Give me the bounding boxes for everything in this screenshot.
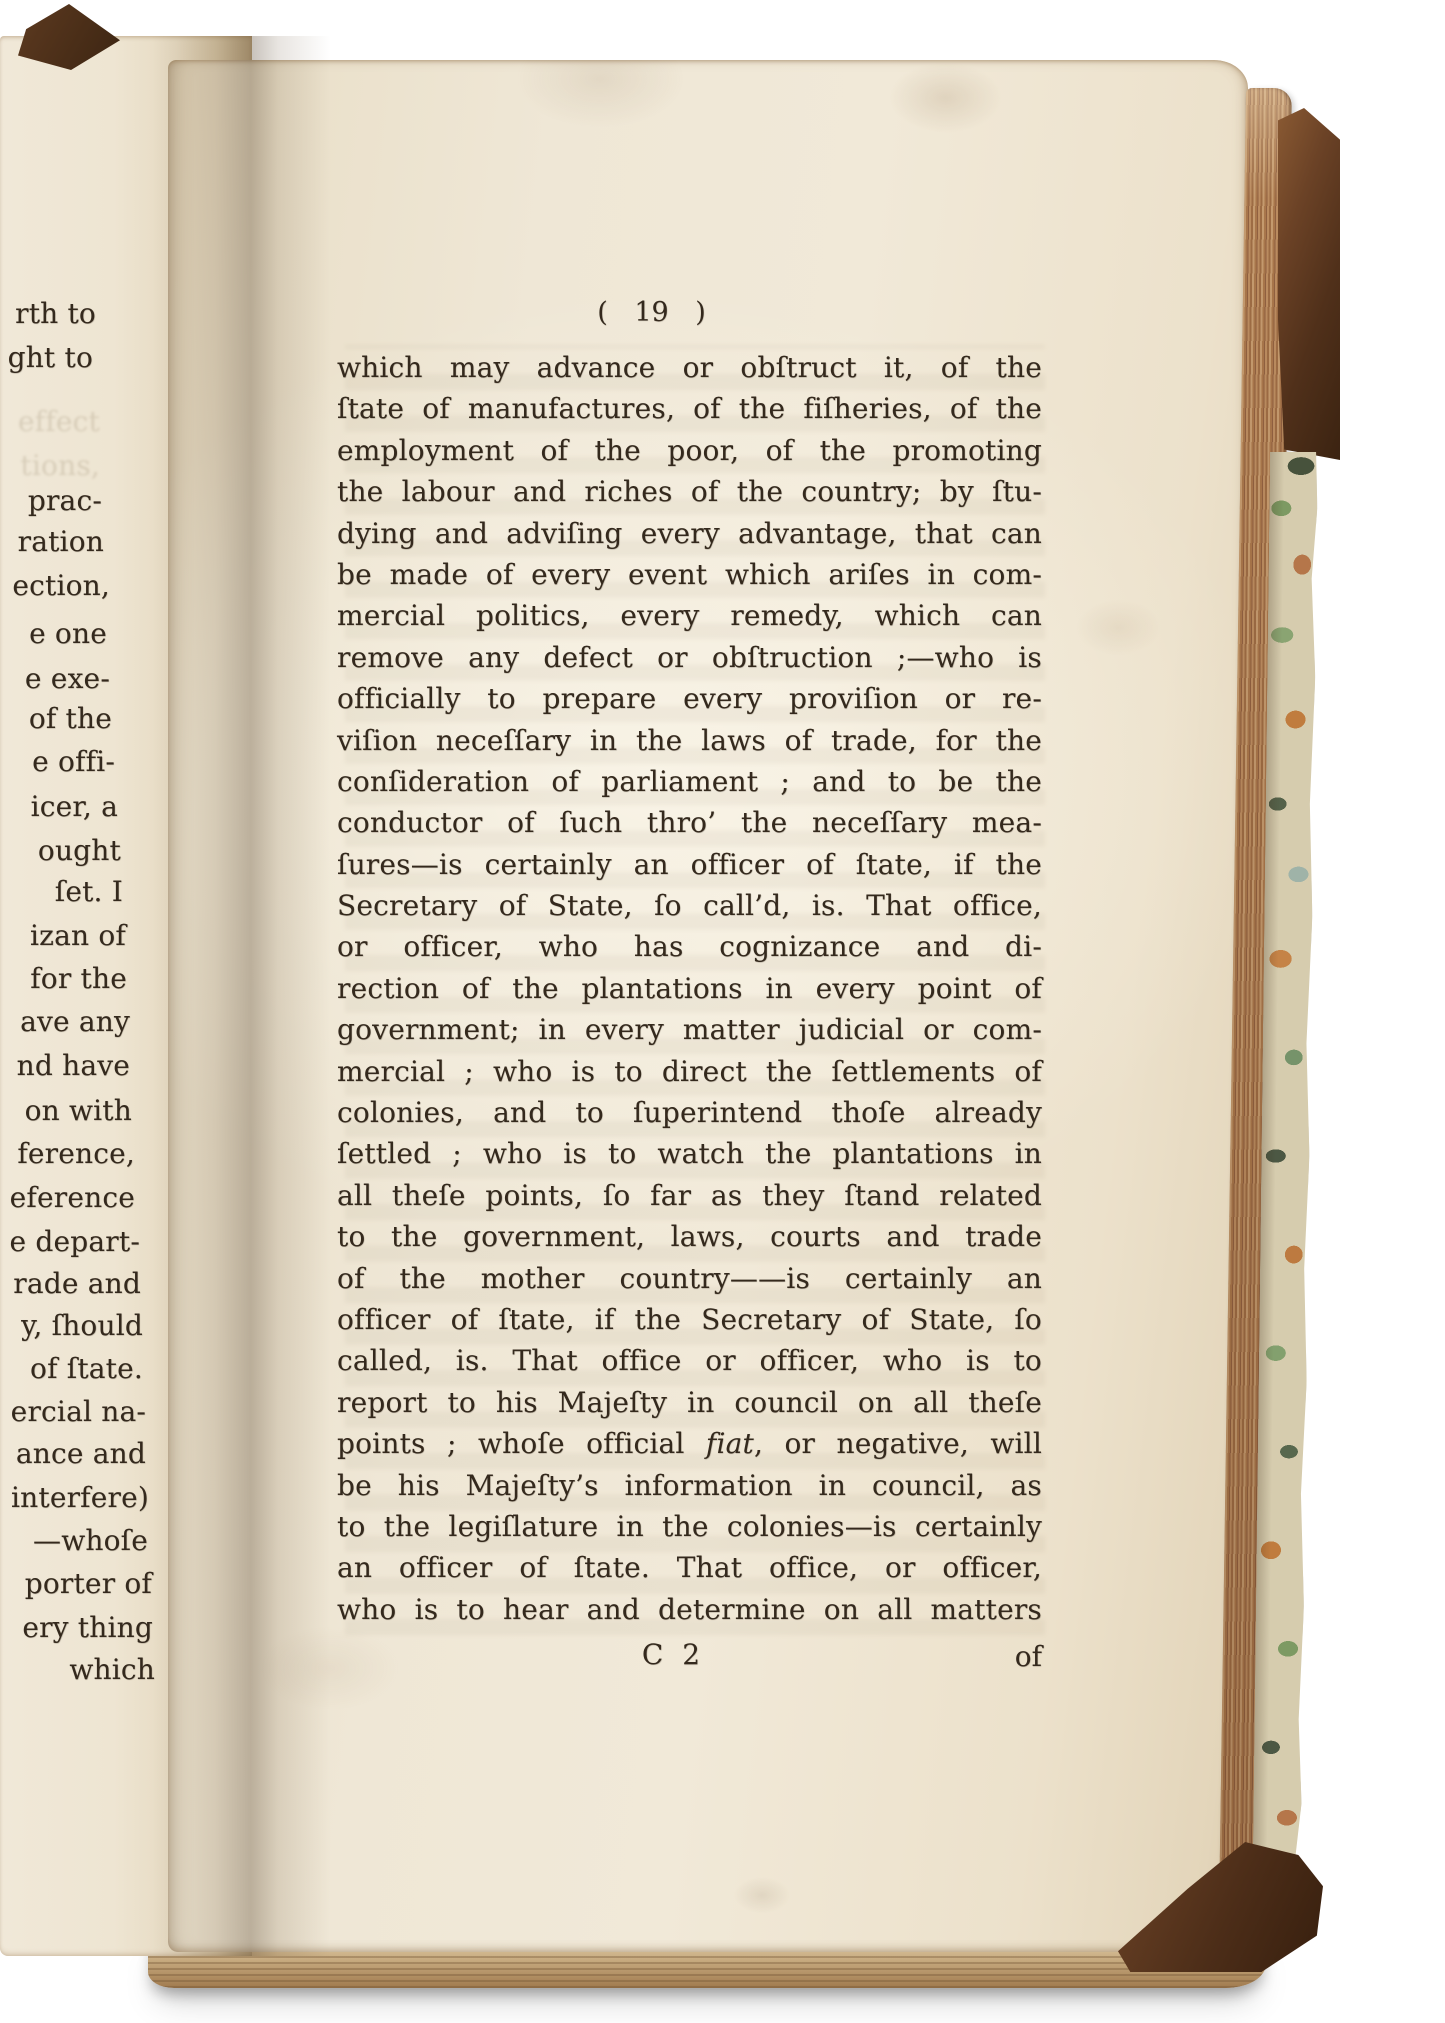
text-line: government; in every matter judicial or … [337, 1009, 1042, 1050]
text-line: of the mother country——is certainly an [337, 1258, 1042, 1299]
text-line: dying and adviſing every advantage, that… [337, 513, 1042, 554]
text-line: mercial ; who is to direct the ſettlemen… [337, 1051, 1042, 1092]
text-line: to the legiſlature in the colonies—is ce… [337, 1506, 1042, 1547]
text-segment: report to his Majeſty in council on all … [337, 1386, 1042, 1419]
text-line: or officer, who has cognizance and di- [337, 926, 1042, 967]
left-page-fragment: rth to [0, 296, 96, 332]
text-line: points ; whoſe official fiat, or negativ… [337, 1423, 1042, 1464]
top-right-leather-corner [1278, 108, 1340, 460]
left-page-fragment: interfere) [0, 1480, 149, 1516]
left-page-fragment: which [0, 1652, 155, 1688]
italic-word: fiat [706, 1427, 754, 1460]
text-segment: to the government, laws, courts and trad… [337, 1220, 1042, 1253]
text-segment: an officer of ſtate. That office, or off… [337, 1551, 1042, 1584]
left-page-ghost-fragment: tions, [0, 448, 100, 484]
left-page-fragment: e one [0, 616, 107, 652]
text-line: be his Majeſty’s information in council,… [337, 1465, 1042, 1506]
left-page-fragment: ght to [0, 340, 93, 376]
text-segment: mercial politics, every remedy, which ca… [337, 599, 1042, 632]
text-segment: called, is. That office or officer, who … [337, 1344, 1042, 1377]
text-segment: officer of ſtate, if the Secretary of St… [337, 1303, 1042, 1336]
text-segment: be his Majeſty’s information in council,… [337, 1469, 1042, 1502]
text-line: all theſe points, ſo far as they ſtand r… [337, 1175, 1042, 1216]
text-line: the labour and riches of the country; by… [337, 471, 1042, 512]
text-segment: officially to prepare every proviſion or… [337, 682, 1042, 715]
text-line: be made of every event which ariſes in c… [337, 554, 1042, 595]
left-page-fragment: ection, [0, 568, 110, 604]
text-segment: conductor of ſuch thro’ the neceſſary me… [337, 806, 1042, 839]
left-page-fragment: ration [0, 524, 104, 560]
left-page-fragment: icer, a [0, 789, 118, 825]
left-page-fragment: ave any [0, 1004, 130, 1040]
left-page-fragment: rade and [0, 1266, 141, 1302]
left-page-fragment: izan of [0, 918, 126, 954]
text-line: colonies, and to ſuperintend thoſe alrea… [337, 1092, 1042, 1133]
left-page-fragment: e depart- [0, 1224, 140, 1260]
left-page-fragment: ance and [0, 1436, 146, 1472]
text-segment: viſion neceſſary in the laws of trade, f… [337, 724, 1042, 757]
left-page-fragment: eference [0, 1180, 135, 1216]
left-page-fragment: ercial na- [0, 1394, 146, 1430]
text-line: an officer of ſtate. That office, or off… [337, 1547, 1042, 1588]
text-segment: employment of the poor, of the promoting [337, 434, 1042, 467]
left-page-fragment: of ſtate. [0, 1351, 143, 1387]
left-page-fragment: ought [0, 833, 121, 869]
left-page-fragment: nd have [0, 1048, 130, 1084]
text-segment: colonies, and to ſuperintend thoſe alrea… [337, 1096, 1042, 1129]
text-line: report to his Majeſty in council on all … [337, 1382, 1042, 1423]
page-number: ( 19 ) [299, 297, 1004, 328]
text-line: conductor of ſuch thro’ the neceſſary me… [337, 802, 1042, 843]
left-page-fragment: for the [0, 961, 127, 997]
left-page-fragment: on with [0, 1093, 132, 1129]
text-segment: remove any defect or obſtruction ;—who i… [337, 641, 1042, 674]
book-photo: rth toght toeffecttions,prac-rationectio… [0, 0, 1445, 2023]
left-page-fragment: ference, [0, 1136, 135, 1172]
text-line: conſideration of parliament ; and to be … [337, 761, 1042, 802]
text-segment: to the legiſlature in the colonies—is ce… [337, 1510, 1042, 1543]
text-segment: mercial ; who is to direct the ſettlemen… [337, 1055, 1042, 1088]
text-segment: ſtate of manufactures, of the fiſheries,… [337, 392, 1042, 425]
text-lines: which may advance or obſtruct it, of the… [337, 347, 1042, 1630]
text-segment: all theſe points, ſo far as they ſtand r… [337, 1179, 1042, 1212]
text-line: called, is. That office or officer, who … [337, 1340, 1042, 1381]
text-segment: the labour and riches of the country; by… [337, 475, 1042, 508]
text-line: ſettled ; who is to watch the plantation… [337, 1133, 1042, 1174]
left-page-fragments: rth toght toeffecttions,prac-rationectio… [0, 0, 260, 2023]
text-line: officer of ſtate, if the Secretary of St… [337, 1299, 1042, 1340]
text-segment: which may advance or obſtruct it, of the [337, 351, 1042, 384]
text-line: mercial politics, every remedy, which ca… [337, 595, 1042, 636]
text-line: officially to prepare every proviſion or… [337, 678, 1042, 719]
text-line: ſures—is certainly an officer of ſtate, … [337, 844, 1042, 885]
text-segment: ſures—is certainly an officer of ſtate, … [337, 848, 1042, 881]
text-segment: be made of every event which ariſes in c… [337, 558, 1042, 591]
text-line: who is to hear and determine on all matt… [337, 1589, 1042, 1630]
text-line: rection of the plantations in every poin… [337, 968, 1042, 1009]
text-segment: government; in every matter judicial or … [337, 1013, 1042, 1046]
left-page-fragment: e exe- [0, 661, 110, 697]
text-segment: , or negative, will [754, 1427, 1042, 1460]
left-page-fragment: y, ſhould [0, 1308, 143, 1344]
text-line: Secretary of State, ſo call’d, is. That … [337, 885, 1042, 926]
left-page-fragment: —whoſe [0, 1523, 148, 1559]
text-segment: points ; whoſe official [337, 1427, 706, 1460]
left-page-fragment: e offi- [0, 744, 115, 780]
text-line: remove any defect or obſtruction ;—who i… [337, 637, 1042, 678]
text-line: employment of the poor, of the promoting [337, 430, 1042, 471]
text-line: viſion neceſſary in the laws of trade, f… [337, 720, 1042, 761]
left-page-fragment: porter of [0, 1566, 152, 1602]
text-segment: conſideration of parliament ; and to be … [337, 765, 1042, 798]
left-page-fragment: of the [0, 701, 112, 737]
catchword: of [337, 1640, 1042, 1673]
left-page-fragment: prac- [0, 483, 102, 519]
text-segment: rection of the plantations in every poin… [337, 972, 1042, 1005]
text-segment: ſettled ; who is to watch the plantation… [337, 1137, 1042, 1170]
left-page-fragment: ſet. I [0, 874, 123, 910]
text-segment: or officer, who has cognizance and di- [337, 930, 1042, 963]
left-page-fragment: ery thing [0, 1610, 153, 1646]
text-segment: who is to hear and determine on all matt… [337, 1593, 1042, 1626]
left-page-ghost-fragment: effect [0, 404, 100, 440]
text-segment: dying and adviſing every advantage, that… [337, 517, 1042, 550]
text-line: ſtate of manufactures, of the fiſheries,… [337, 388, 1042, 429]
text-segment: of the mother country——is certainly an [337, 1262, 1042, 1295]
text-line: which may advance or obſtruct it, of the [337, 347, 1042, 388]
text-line: to the government, laws, courts and trad… [337, 1216, 1042, 1257]
text-segment: Secretary of State, ſo call’d, is. That … [337, 889, 1042, 922]
